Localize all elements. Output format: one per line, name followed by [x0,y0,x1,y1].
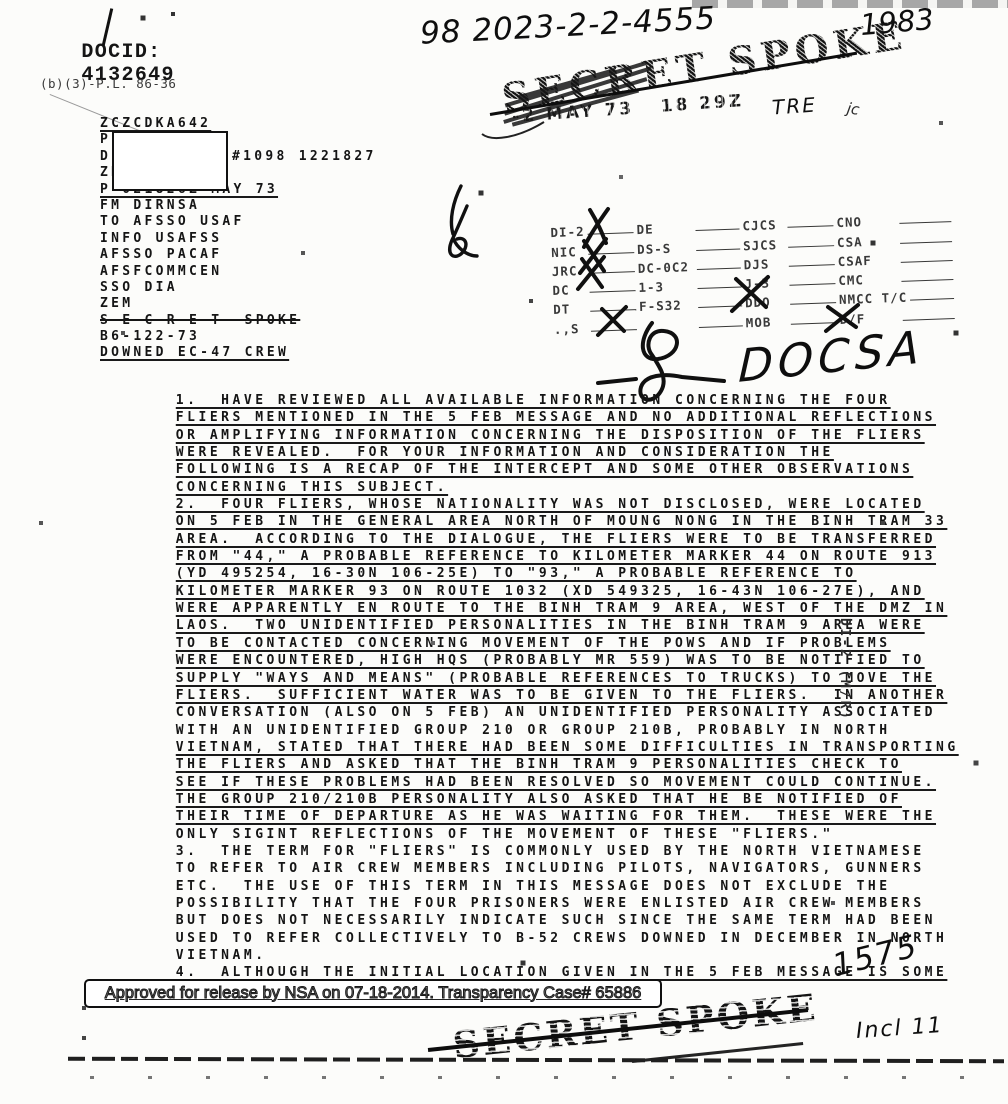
classification-line: S E C R E T SPOKE [100,313,460,329]
torn-edge-line [68,1057,1004,1063]
scanned-document-page: DOCID: 4132649 98 2023-2-2-4555 1983 (b)… [0,0,1008,1104]
torn-edge-specks [90,1076,970,1079]
pen-flourish [478,116,548,142]
serial-line: B6-122-73 [100,329,460,345]
docid-label: DOCID: [81,41,161,64]
docid-line: DOCID: 4132649 [28,18,175,110]
header-line: AFSSO PACAF [100,247,460,263]
header-line: TO AFSSO USAF [100,214,460,230]
margin-note-vertical: DI-2 (M/R) [837,618,852,721]
subject-line: DOWNED EC-47 CREW [100,345,460,361]
redaction-box [112,131,228,191]
handwritten-numeral-mark [425,182,485,262]
header-line: INFO USAFSS [100,231,460,247]
header-line: FM DIRNSA [100,198,460,214]
scan-edge-artifact [692,0,1008,8]
x-mark-ddo [732,277,768,311]
handwritten-incl: Incl 11 [855,1013,944,1044]
handwritten-case-number: 98 2023-2-2-4555 [419,0,717,51]
handwritten-tre: TRE [771,92,817,119]
header-line: SSO DIA [100,280,460,296]
header-line: AFSFCOMMCEN [100,264,460,280]
x-mark-row6 [598,307,626,335]
message-serial: #1098 1221827 [232,149,377,164]
header-line: ZCZCDKA642 [100,116,460,132]
handwritten-jc: jc [846,99,861,119]
scan-noise [0,0,2,2]
release-notice-text: Approved for release by NSA on 07-18-201… [105,984,642,1003]
message-body: 1. HAVE REVIEWED ALL AVAILABLE INFORMATI… [85,378,895,968]
header-line: ZEM [100,296,460,312]
release-notice-box: Approved for release by NSA on 07-18-201… [84,979,662,1008]
body-line: 1. HAVE REVIEWED ALL AVAILABLE INFORMATI… [85,378,895,395]
exemption-note: (b)(3)-P.L. 86-36 [40,76,176,91]
